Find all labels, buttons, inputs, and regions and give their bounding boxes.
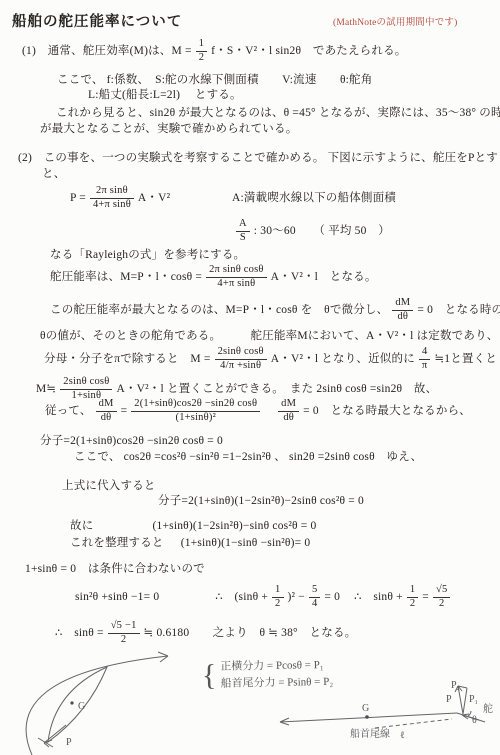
maximize-pre: この舵圧能率が最大となるのは、M=P・l・cosθ を θで微分し、: [50, 303, 388, 317]
fraction-rayleigh: 2π sinθ 4+π sinθ: [90, 185, 134, 211]
hence-equation: (1+sinθ)(1−2sin²θ)−sinθ cos²θ = 0: [152, 520, 316, 532]
divide-post: ≒1と置くと: [434, 352, 497, 366]
page-title: 船舶の舵圧能率について: [12, 13, 182, 31]
equals-sign: =: [422, 590, 429, 604]
rudder-force-arrow: [38, 725, 66, 747]
rudder-label: 舵: [483, 703, 493, 715]
fraction-four-pi: 4 π: [419, 346, 431, 372]
fraction-one-half: 1 2: [196, 38, 207, 64]
rudder-force-label: P: [66, 737, 72, 748]
sec1-observation-line1: これから見ると、sin2θ が最大となるのは、θ =45° となるが、実際には、…: [56, 106, 500, 120]
area-ratio-range: : 30〜60 （ 平均 50 ）: [254, 224, 390, 238]
brace-glyph: {: [202, 660, 217, 690]
document-page: 船舶の舵圧能率について (MathNoteの試用期間中です) (1) 通常、舵圧…: [0, 0, 500, 755]
sec2-intro-line2: と、: [42, 167, 65, 181]
p-equals: P =: [70, 191, 86, 205]
lever-dashed-line: [375, 719, 452, 728]
identity-line: ここで、 cos2θ =cos²θ −sin²θ =1−2sin²θ 、 sin…: [74, 450, 422, 464]
fore-aft-component-label: P₂: [451, 680, 460, 691]
therefore-2: ∴ sinθ +: [354, 590, 403, 604]
rayleigh-reference-line: なる「Rayleighの式」を参考にする。: [50, 248, 245, 262]
fraction-half-a: 1 2: [272, 584, 283, 610]
moment-formula-line: 舵圧能率は、M=P・l・cosθ = 2π sinθ cosθ 4+π sinθ…: [50, 264, 377, 290]
transverse-force-note: 正横分力 = Pcosθ = P₁: [220, 657, 333, 675]
quadratic-line: sin²θ +sinθ −1= 0 ∴ (sinθ + 1 2 )² − 5 4…: [75, 584, 454, 610]
rudder-force-diagram: G 船首尾線 ℓ P₂ P P₁ θ 舵: [272, 682, 494, 755]
equals-zero: = 0: [324, 590, 340, 604]
sec1-length-line: L:船丈(船長:L=2l) とする。: [88, 88, 242, 102]
derivative-post: = 0 となる時最大となるから、: [303, 404, 471, 418]
divide-by-pi-line: 分母・分子をπで除すると M = 2sinθ cosθ 4/π +sinθ A・…: [44, 346, 497, 372]
substitute-label: 上式に代入すると: [62, 479, 156, 493]
ship-turning-sketch: G P: [8, 643, 203, 755]
maximize-line2: θの値が、そのときの舵角である。 舵圧能率Mにおいて、A・V²・l は定数であり…: [40, 329, 498, 343]
result-pre: ∴ sinθ =: [55, 626, 104, 640]
moment-pre: 舵圧能率は、M=P・l・cosθ =: [50, 270, 202, 284]
sec1-variables-line: ここで、 f:係数、 S:舵の水線下側面積 V:流速 θ:舵角: [57, 73, 372, 87]
p-formula-tail: A・V²: [138, 191, 170, 205]
lever-length-label: ℓ: [400, 730, 405, 741]
arrange-line: これを整理すると (1+sinθ)(1−sinθ −sin²θ)= 0: [70, 536, 310, 550]
sec1-formula-line: (1) 通常、舵圧効率(M)は、M = 1 2 f・S・V²・l sin2θ で…: [22, 38, 406, 64]
fore-aft-line-label: 船首尾線: [350, 727, 390, 740]
quadratic-equation: sin²θ +sinθ −1= 0: [75, 590, 159, 604]
transverse-component-label: P₁: [469, 694, 478, 705]
gravity-center-dot: [365, 715, 369, 719]
center-of-gravity-dot: [70, 701, 73, 704]
numerator-line: 分子=2(1+sinθ)cos2θ −sin2θ cosθ = 0: [40, 434, 223, 448]
maximize-post: = 0 となる時の: [417, 303, 500, 317]
substitute-equation: 分子=2(1+sinθ)(1−2sin²θ)−2sinθ cos²θ = 0: [158, 494, 364, 508]
fraction-dm-dtheta-2: dM dθ: [96, 398, 117, 424]
arrange-equation: (1+sinθ)(1−sinθ −sin²θ)= 0: [181, 537, 311, 549]
result-post: ≒ 0.6180 之より θ ≒ 38° となる。: [144, 626, 357, 640]
sec1-line1-pre: (1) 通常、舵圧効率(M)は、M =: [22, 44, 192, 58]
condition-line: 1+sinθ = 0 は条件に合わないので: [25, 562, 205, 576]
fraction-sqrt5-2: √5 2: [433, 584, 450, 610]
fraction-half-b: 1 2: [407, 584, 418, 610]
therefore-1: ∴ (sinθ +: [215, 590, 268, 604]
area-note: A:満載喫水線以下の船体側面積: [232, 191, 396, 205]
fraction-five-four: 5 4: [309, 584, 320, 610]
pressure-label: P: [446, 694, 452, 705]
fraction-derivative: 2(1+sinθ)cos2θ −sin2θ cosθ (1+sinθ)²: [131, 398, 260, 424]
divide-pre: 分母・分子をπで除すると M =: [44, 352, 211, 366]
rudder-angle-label: θ: [472, 715, 477, 726]
center-of-gravity-label: G: [78, 701, 85, 712]
approx-post: A・V²・l と置くことができる。 また 2sinθ cosθ =sin2θ 故…: [116, 382, 437, 396]
derivative-eq: =: [121, 404, 128, 418]
trial-watermark: (MathNoteの試用期間中です): [333, 18, 457, 30]
divide-mid: A・V²・l となり、近似的に: [271, 352, 415, 366]
fraction-dm-dtheta-3: dM dθ: [278, 398, 299, 424]
hence-label: 故に: [70, 520, 93, 532]
fraction-moment: 2π sinθ cosθ 4+π sinθ: [206, 264, 267, 290]
fraction-divided: 2sinθ cosθ 4/π +sinθ: [215, 346, 267, 372]
maximize-line1: この舵圧能率が最大となるのは、M=P・l・cosθ を θで微分し、 dM dθ…: [50, 297, 500, 323]
gravity-center-label: G: [362, 703, 369, 714]
rudder-angle-arc: [468, 711, 471, 716]
squared-minus: )² −: [288, 590, 305, 604]
moment-post: A・V²・l となる。: [271, 270, 377, 284]
sec1-observation-line2: が最大となることが、実験で確かめられている。: [40, 122, 297, 136]
approx-pre: M≒: [36, 382, 56, 396]
derivative-line: 従って、 dM dθ = 2(1+sinθ)cos2θ −sin2θ cosθ …: [45, 398, 471, 424]
arrange-label: これを整理すると: [70, 537, 164, 549]
fraction-a-over-s: A S: [236, 218, 250, 244]
hence-line: 故に (1+sinθ)(1−2sin²θ)−sinθ cos²θ = 0: [70, 519, 317, 533]
rayleigh-formula: P = 2π sinθ 4+π sinθ A・V²: [70, 185, 170, 211]
sec1-line1-post: f・S・V²・l sin2θ であたえられる。: [211, 44, 406, 58]
derivative-pre: 従って、: [45, 404, 92, 418]
sec2-intro-line1: (2) この事を、一つの実験式を考察することで確かめる。 下図に示すように、舵圧…: [18, 151, 500, 165]
fraction-dm-dtheta: dM dθ: [392, 297, 413, 323]
area-ratio-line: A S : 30〜60 （ 平均 50 ）: [232, 218, 390, 244]
